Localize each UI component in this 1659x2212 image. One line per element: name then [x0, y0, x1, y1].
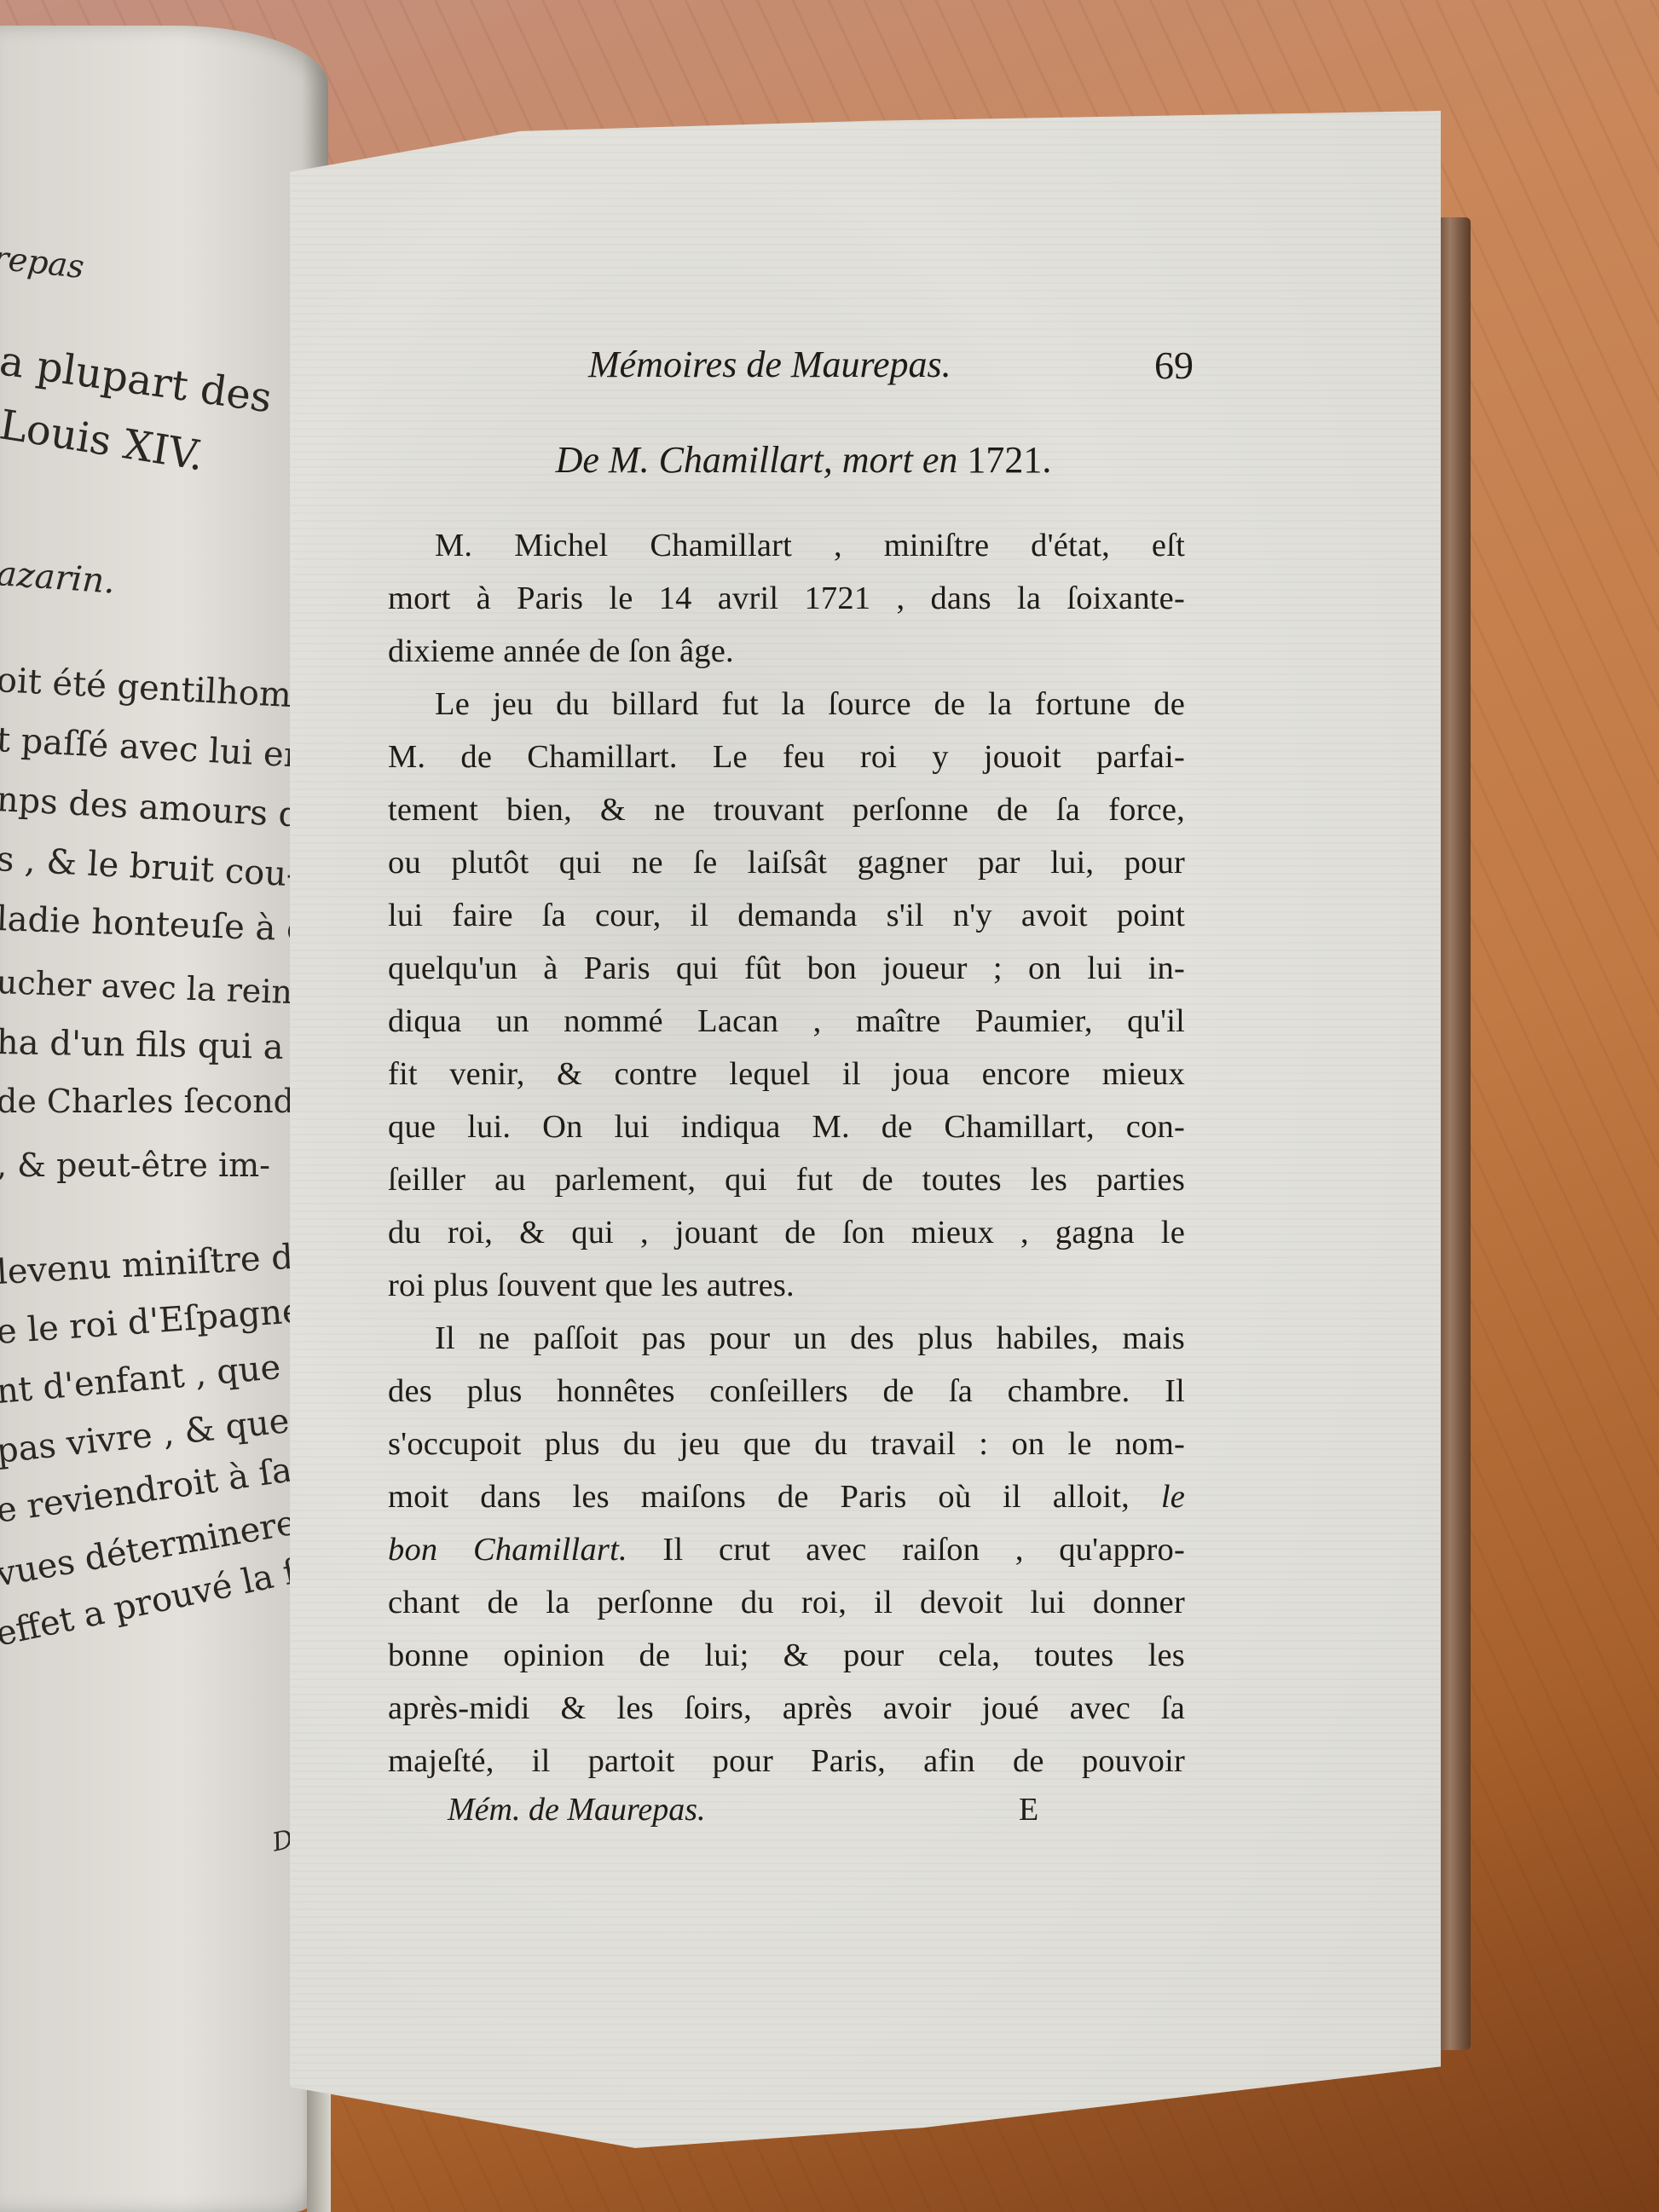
- text-line: mort à Paris le 14 avril 1721 , dans la …: [388, 572, 1185, 625]
- running-title: Mémoires de Maurepas.: [588, 343, 951, 386]
- text-line: que lui. On lui indiqua M. de Chamillart…: [388, 1100, 1185, 1153]
- right-page: Mémoires de Maurepas. 69 De M. Chamillar…: [290, 111, 1441, 2148]
- text-line: Le jeu du billard fut la ſource de la fo…: [388, 678, 1185, 731]
- text-line: moit dans les maiſons de Paris où il all…: [388, 1470, 1185, 1523]
- text-line: chant de la perſonne du roi, il devoit l…: [388, 1576, 1185, 1629]
- text-line: du roi, & qui , jouant de ſon mieux , ga…: [388, 1206, 1185, 1259]
- text-line: bonne opinion de lui; & pour cela, toute…: [388, 1629, 1185, 1682]
- text-line: quelqu'un à Paris qui fût bon joueur ; o…: [388, 942, 1185, 995]
- left-text-line: ha d'un fils qui a: [0, 1023, 284, 1067]
- text-line: après-midi & les ſoirs, après avoir joué…: [388, 1682, 1185, 1735]
- text-line: ou plutôt qui ne ſe laiſsât gagner par l…: [388, 836, 1185, 889]
- text-line: des plus honnêtes conſeillers de ſa cham…: [388, 1365, 1185, 1418]
- left-text-line: t paſſé avec lui en: [0, 720, 307, 776]
- left-text-line: ucher avec la reine.: [0, 963, 322, 1012]
- body-text: M. Michel Chamillart , miniſtre d'état, …: [388, 519, 1185, 1788]
- page-number: 69: [1154, 343, 1194, 388]
- left-text-line: levenu miniſtre du: [0, 1236, 316, 1292]
- heading-year: 1721.: [967, 439, 1051, 481]
- text-line: M. de Chamillart. Le feu roi y jouoit pa…: [388, 731, 1185, 783]
- left-text-line: ladie honteuſe à ce: [0, 899, 327, 950]
- text-line: diqua un nommé Lacan , maître Paumier, q…: [388, 995, 1185, 1048]
- section-heading: De M. Chamillart, mort en 1721.: [388, 438, 1185, 482]
- text-line: roi plus ſouvent que les autres.: [388, 1259, 1185, 1312]
- left-text-line: nt d'enfant , que: [0, 1348, 282, 1412]
- left-text-line: Louis XIV.: [0, 401, 207, 480]
- left-page: repas a plupart desLouis XIV.azarin.oit …: [0, 26, 328, 2212]
- text-line: M. Michel Chamillart , miniſtre d'état, …: [388, 519, 1185, 572]
- left-text-line: e le roi d'Eſpagne: [0, 1291, 303, 1352]
- text-line: s'occupoit plus du jeu que du travail : …: [388, 1418, 1185, 1470]
- left-text-line: de Charles ſecond.: [0, 1083, 304, 1120]
- text-line: Il ne paſſoit pas pour un des plus habil…: [388, 1312, 1185, 1365]
- text-line: majeſté, il partoit pour Paris, afin de …: [388, 1735, 1185, 1788]
- text-line: bon Chamillart. Il crut avec raiſon , qu…: [388, 1523, 1185, 1576]
- text-line: fit venir, & contre lequel il joua encor…: [388, 1048, 1185, 1100]
- left-text-line: s , & le bruit cou-: [0, 840, 299, 894]
- left-text-line: azarin.: [0, 554, 116, 602]
- left-text-line: oit été gentilhom-: [0, 661, 304, 716]
- left-text-line: , & peut-être im-: [0, 1146, 270, 1184]
- signature-mark: E: [1019, 1791, 1038, 1828]
- text-line: lui faire ſa cour, il demanda s'il n'y a…: [388, 889, 1185, 942]
- page-text-block: Mémoires de Maurepas. 69 De M. Chamillar…: [388, 343, 1185, 1842]
- text-line: ſeiller au parlement, qui fut de toutes …: [388, 1153, 1185, 1206]
- left-text-line: nps des amours de: [0, 780, 321, 836]
- heading-text: De M. Chamillart, mort en: [556, 439, 968, 481]
- running-head: Mémoires de Maurepas. 69: [388, 343, 1185, 394]
- text-line: tement bien, & ne trouvant perſonne de ſ…: [388, 783, 1185, 836]
- text-line: dixieme année de ſon âge.: [388, 625, 1185, 678]
- book-spine-edge: [1436, 217, 1471, 2050]
- left-running-head: repas: [0, 239, 86, 286]
- signature-title: Mém. de Maurepas.: [448, 1791, 706, 1828]
- page-footer: Mém. de Maurepas. E: [388, 1791, 1185, 1842]
